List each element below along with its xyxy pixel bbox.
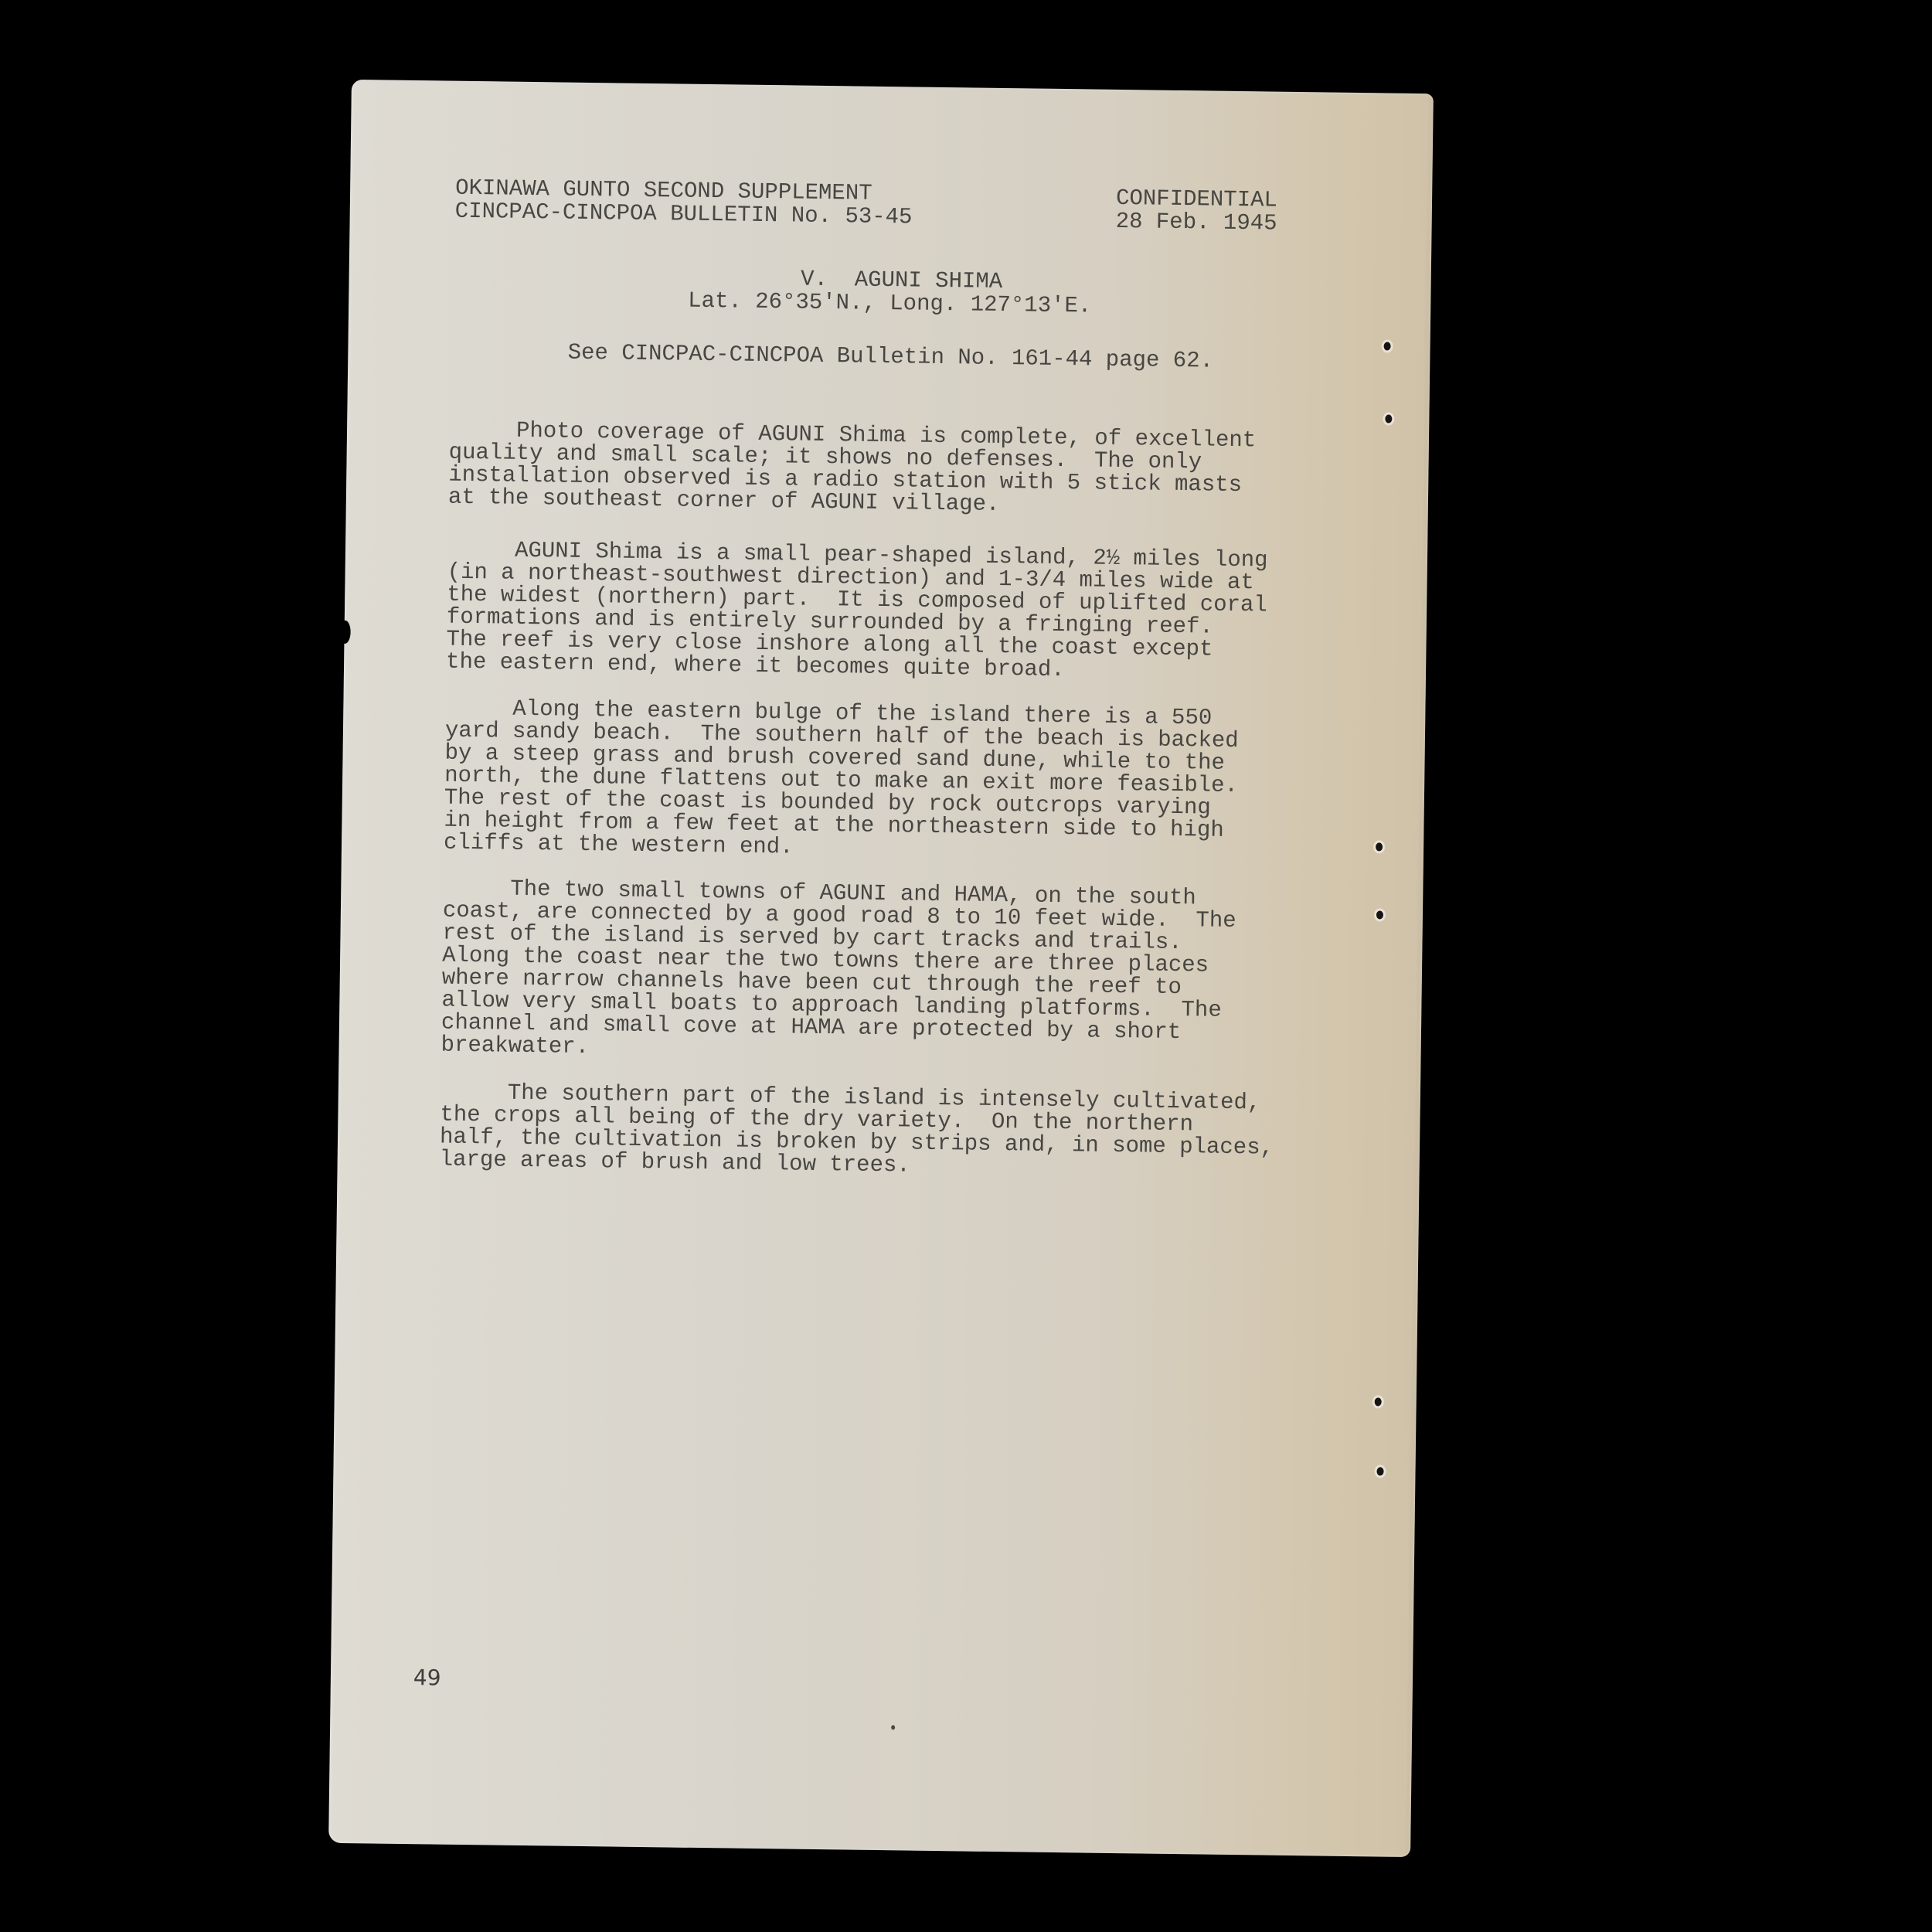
paragraph-photo-coverage: Photo coverage of AGUNI Shima is complet… [448,419,1322,520]
paper-notch [339,621,350,644]
paragraph-beach: Along the eastern bulge of the island th… [444,697,1319,866]
paragraph-island-description: AGUNI Shima is a small pear-shaped islan… [446,539,1321,685]
document-date: 28 Feb. 1945 [1115,209,1277,236]
page-number: 49 [413,1665,441,1690]
binding-hole [1376,1467,1383,1475]
document-page: OKINAWA GUNTO SECOND SUPPLEMENT CINCPAC-… [328,80,1434,1857]
paragraph-towns-roads: The two small towns of AGUNI and HAMA, o… [440,877,1316,1068]
binding-hole [1384,342,1391,350]
binding-hole [1376,910,1383,919]
paper-speck [891,1725,895,1730]
reference-line: See CINCPAC-CINCPOA Bulletin No. 161-44 … [348,338,1430,376]
header-left: OKINAWA GUNTO SECOND SUPPLEMENT CINCPAC-… [455,177,913,230]
reference-text: See CINCPAC-CINCPOA Bulletin No. 161-44 … [568,342,1214,373]
paragraph-cultivation: The southern part of the island is inten… [440,1081,1314,1182]
binding-hole [1385,414,1392,423]
binding-hole [1376,842,1383,851]
binding-hole [1375,1397,1382,1406]
header-bulletin-number: CINCPAC-CINCPOA BULLETIN No. 53-45 [455,199,913,230]
section-heading: V. AGUNI SHIMA Lat. 26°35'N., Long. 127°… [349,262,1431,322]
header-right: CONFIDENTIAL 28 Feb. 1945 [1115,187,1277,236]
